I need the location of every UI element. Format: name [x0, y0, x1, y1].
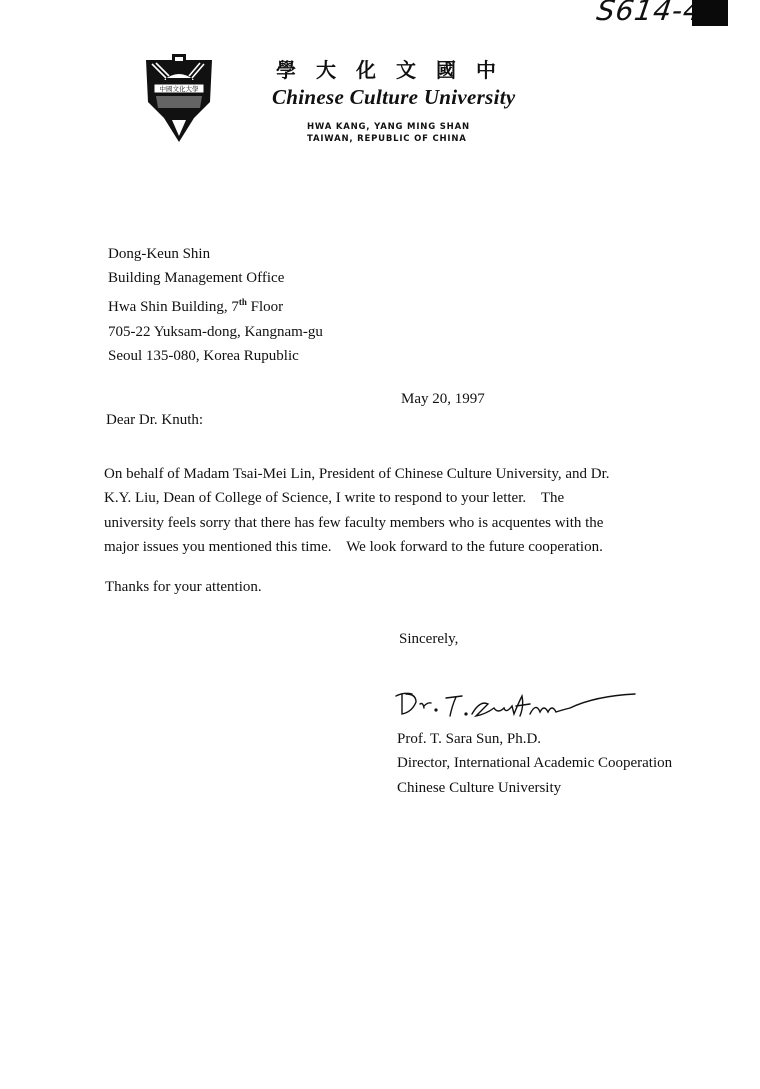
university-address-line: TAIWAN, REPUBLIC OF CHINA — [307, 133, 470, 145]
signer-block: Prof. T. Sara Sun, Ph.D. Director, Inter… — [397, 727, 672, 800]
salutation: Dear Dr. Knuth: — [106, 412, 203, 429]
closing: Sincerely, — [399, 631, 458, 648]
signer-name: Prof. T. Sara Sun, Ph.D. — [397, 727, 672, 751]
letter-body-paragraph: On behalf of Madam Tsai-Mei Lin, Preside… — [104, 462, 644, 559]
signer-title: Director, International Academic Coopera… — [397, 751, 672, 775]
recipient-street: 705-22 Yuksam-dong, Kangnam-gu — [108, 320, 323, 344]
recipient-city: Seoul 135-080, Korea Rupublic — [108, 344, 323, 368]
floor-ordinal-suffix: th — [239, 297, 247, 307]
black-corner-mark — [692, 0, 728, 26]
recipient-building: Hwa Shin Building, 7th Floor — [108, 290, 323, 319]
body-line: On behalf of Madam Tsai-Mei Lin, Preside… — [104, 462, 644, 486]
letter-date: May 20, 1997 — [401, 391, 485, 408]
thanks-line: Thanks for your attention. — [105, 579, 262, 596]
university-chinese-name: 學大化文國中 — [276, 54, 516, 83]
university-address-line: HWA KANG, YANG MING SHAN — [307, 121, 470, 133]
body-line: major issues you mentioned this time. We… — [104, 535, 644, 559]
body-line: university feels sorry that there has fe… — [104, 511, 644, 535]
university-english-name: Chinese Culture University — [272, 85, 516, 110]
handwritten-signature-icon — [390, 684, 650, 724]
body-line: K.Y. Liu, Dean of College of Science, I … — [104, 486, 644, 510]
recipient-office: Building Management Office — [108, 266, 323, 290]
recipient-address-block: Dong-Keun Shin Building Management Offic… — [108, 242, 323, 368]
university-address: HWA KANG, YANG MING SHAN TAIWAN, REPUBLI… — [307, 121, 470, 145]
svg-text:中國文化大學: 中國文化大學 — [160, 84, 200, 93]
recipient-name: Dong-Keun Shin — [108, 242, 323, 266]
signer-organization: Chinese Culture University — [397, 776, 672, 800]
university-logo-icon: 中國文化大學 — [144, 54, 214, 144]
